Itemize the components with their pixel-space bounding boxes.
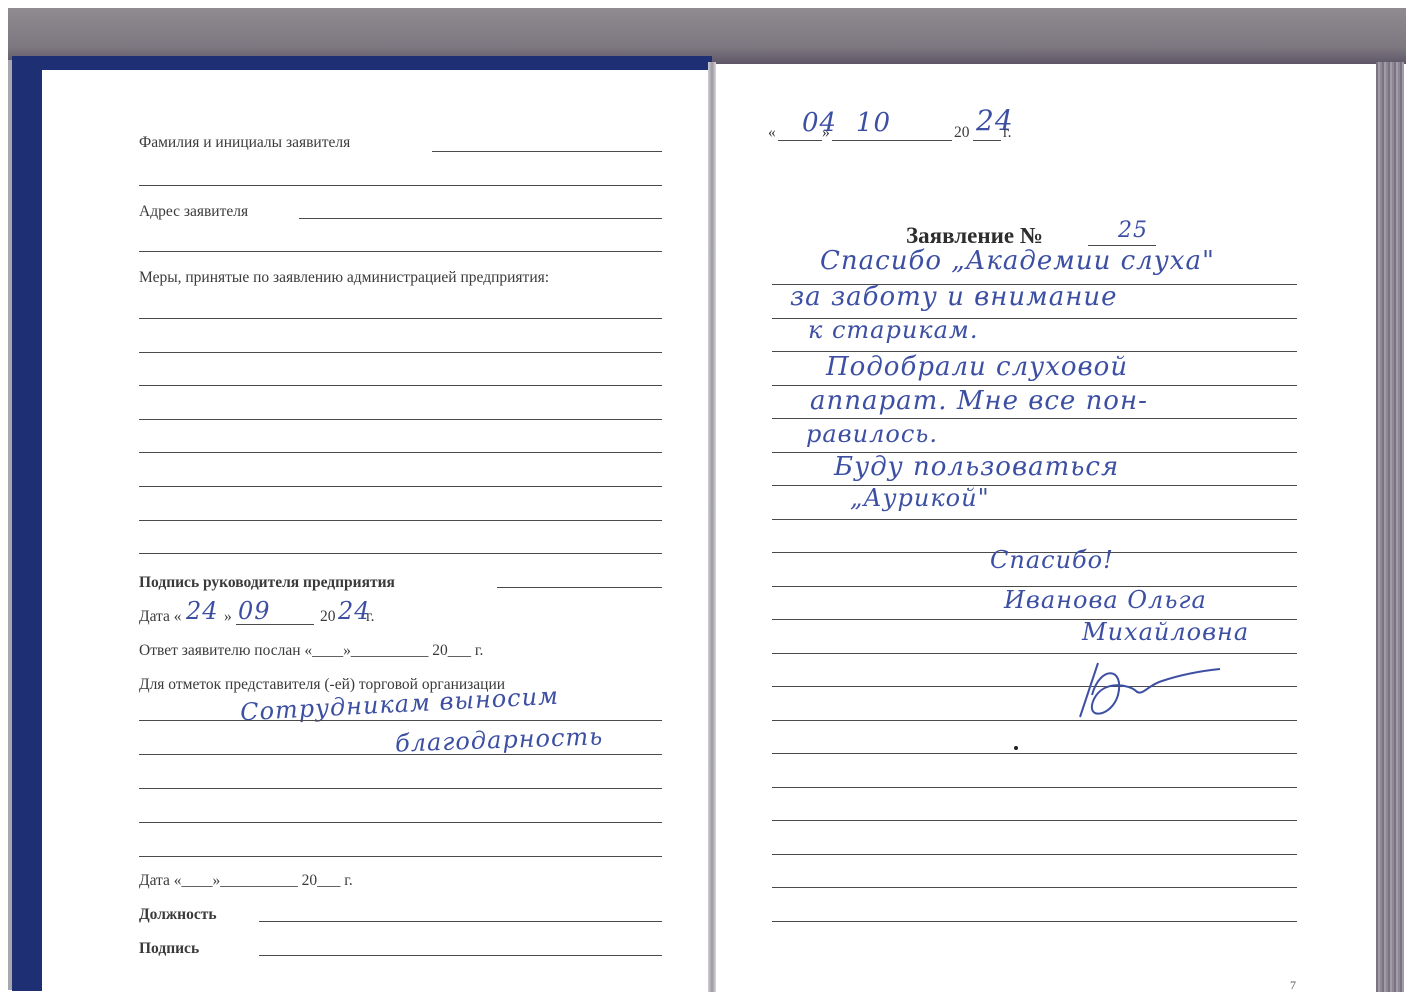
trade-rep-line-5[interactable] [139,856,662,857]
right-date-open-quote: « [768,124,776,142]
manager-signature-field[interactable] [497,587,662,588]
handwritten-line: аппарат. Мне все пон- [810,386,1148,416]
handwritten-line: „Аурикой" [850,484,990,512]
measures-line[interactable] [139,553,662,554]
measures-line[interactable] [139,452,662,453]
signature-label: Подпись [139,940,199,958]
handwritten-line: Буду пользоваться [834,452,1119,482]
right-date-close-quote: » [822,124,830,142]
measures-line[interactable] [139,385,662,386]
applicant-name-field-line2[interactable] [139,185,662,186]
date-month-handwritten: 09 [238,597,271,625]
page-number: 7 [1290,978,1296,993]
handwritten-line: равилось. [806,420,938,448]
ink-dot [1014,746,1018,750]
date-year-prefix: 20 [320,608,336,626]
applicant-name-field[interactable] [432,151,662,152]
handwritten-line: Спасибо „Академии слуха" [820,246,1215,276]
statement-line[interactable] [772,519,1297,520]
statement-line[interactable] [772,921,1297,922]
trade-rep-line-4[interactable] [139,822,662,823]
trade-rep-line-2[interactable] [139,754,662,755]
trade-rep-line-3[interactable] [139,788,662,789]
right-date-day-handwritten: 04 [802,108,837,138]
statement-line[interactable] [772,753,1297,754]
bottom-date-label: Дата «____»__________ 20___ г. [139,872,353,890]
applicant-address-field-line2[interactable] [139,251,662,252]
position-label: Должность [139,906,217,924]
handwritten-line: за заботу и внимание [790,282,1117,312]
measures-line[interactable] [139,486,662,487]
measures-line[interactable] [139,419,662,420]
applicant-signature [1070,655,1230,725]
statement-line[interactable] [772,887,1297,888]
right-date-month-handwritten: 10 [856,108,891,138]
date-month-field[interactable] [236,624,314,625]
statement-line[interactable] [772,418,1297,419]
statement-line[interactable] [772,653,1297,654]
date-suffix: г. [366,608,374,626]
measures-line[interactable] [139,318,662,319]
applicant-address-field[interactable] [299,218,662,219]
applicant-address-label: Адрес заявителя [139,203,248,221]
date-quote: » [224,608,232,626]
page-edges [1376,62,1404,992]
statement-line[interactable] [772,787,1297,788]
measures-line[interactable] [139,520,662,521]
statement-number: 25 [1118,218,1148,243]
signature-field[interactable] [259,955,662,956]
handwritten-line: Иванова Ольга [1004,586,1207,614]
reply-sent-label: Ответ заявителю послан «____»__________ … [139,642,483,660]
date-day-handwritten: 24 [186,597,219,625]
measures-line[interactable] [139,352,662,353]
handwritten-line: Подобрали слуховой [826,352,1128,382]
handwritten-line: к старикам. [808,316,978,344]
right-date-suffix: г. [1003,124,1011,142]
statement-line[interactable] [772,854,1297,855]
trade-rep-line-1[interactable] [139,720,662,721]
handwritten-line: Спасибо! [990,546,1114,574]
book-gutter [708,62,716,992]
manager-signature-label: Подпись руководителя предприятия [139,574,395,592]
handwritten-line: Михайловна [1082,618,1249,646]
applicant-name-label: Фамилия и инициалы заявителя [139,134,350,152]
right-date-year-field[interactable] [973,140,1001,141]
statement-line[interactable] [772,820,1297,821]
right-date-month-field[interactable] [832,140,952,141]
date-label: Дата « [139,608,182,626]
measures-label: Меры, принятые по заявлению администраци… [139,269,549,287]
position-field[interactable] [259,921,662,922]
right-date-year-prefix: 20 [954,124,970,142]
right-date-day-field[interactable] [778,140,822,141]
